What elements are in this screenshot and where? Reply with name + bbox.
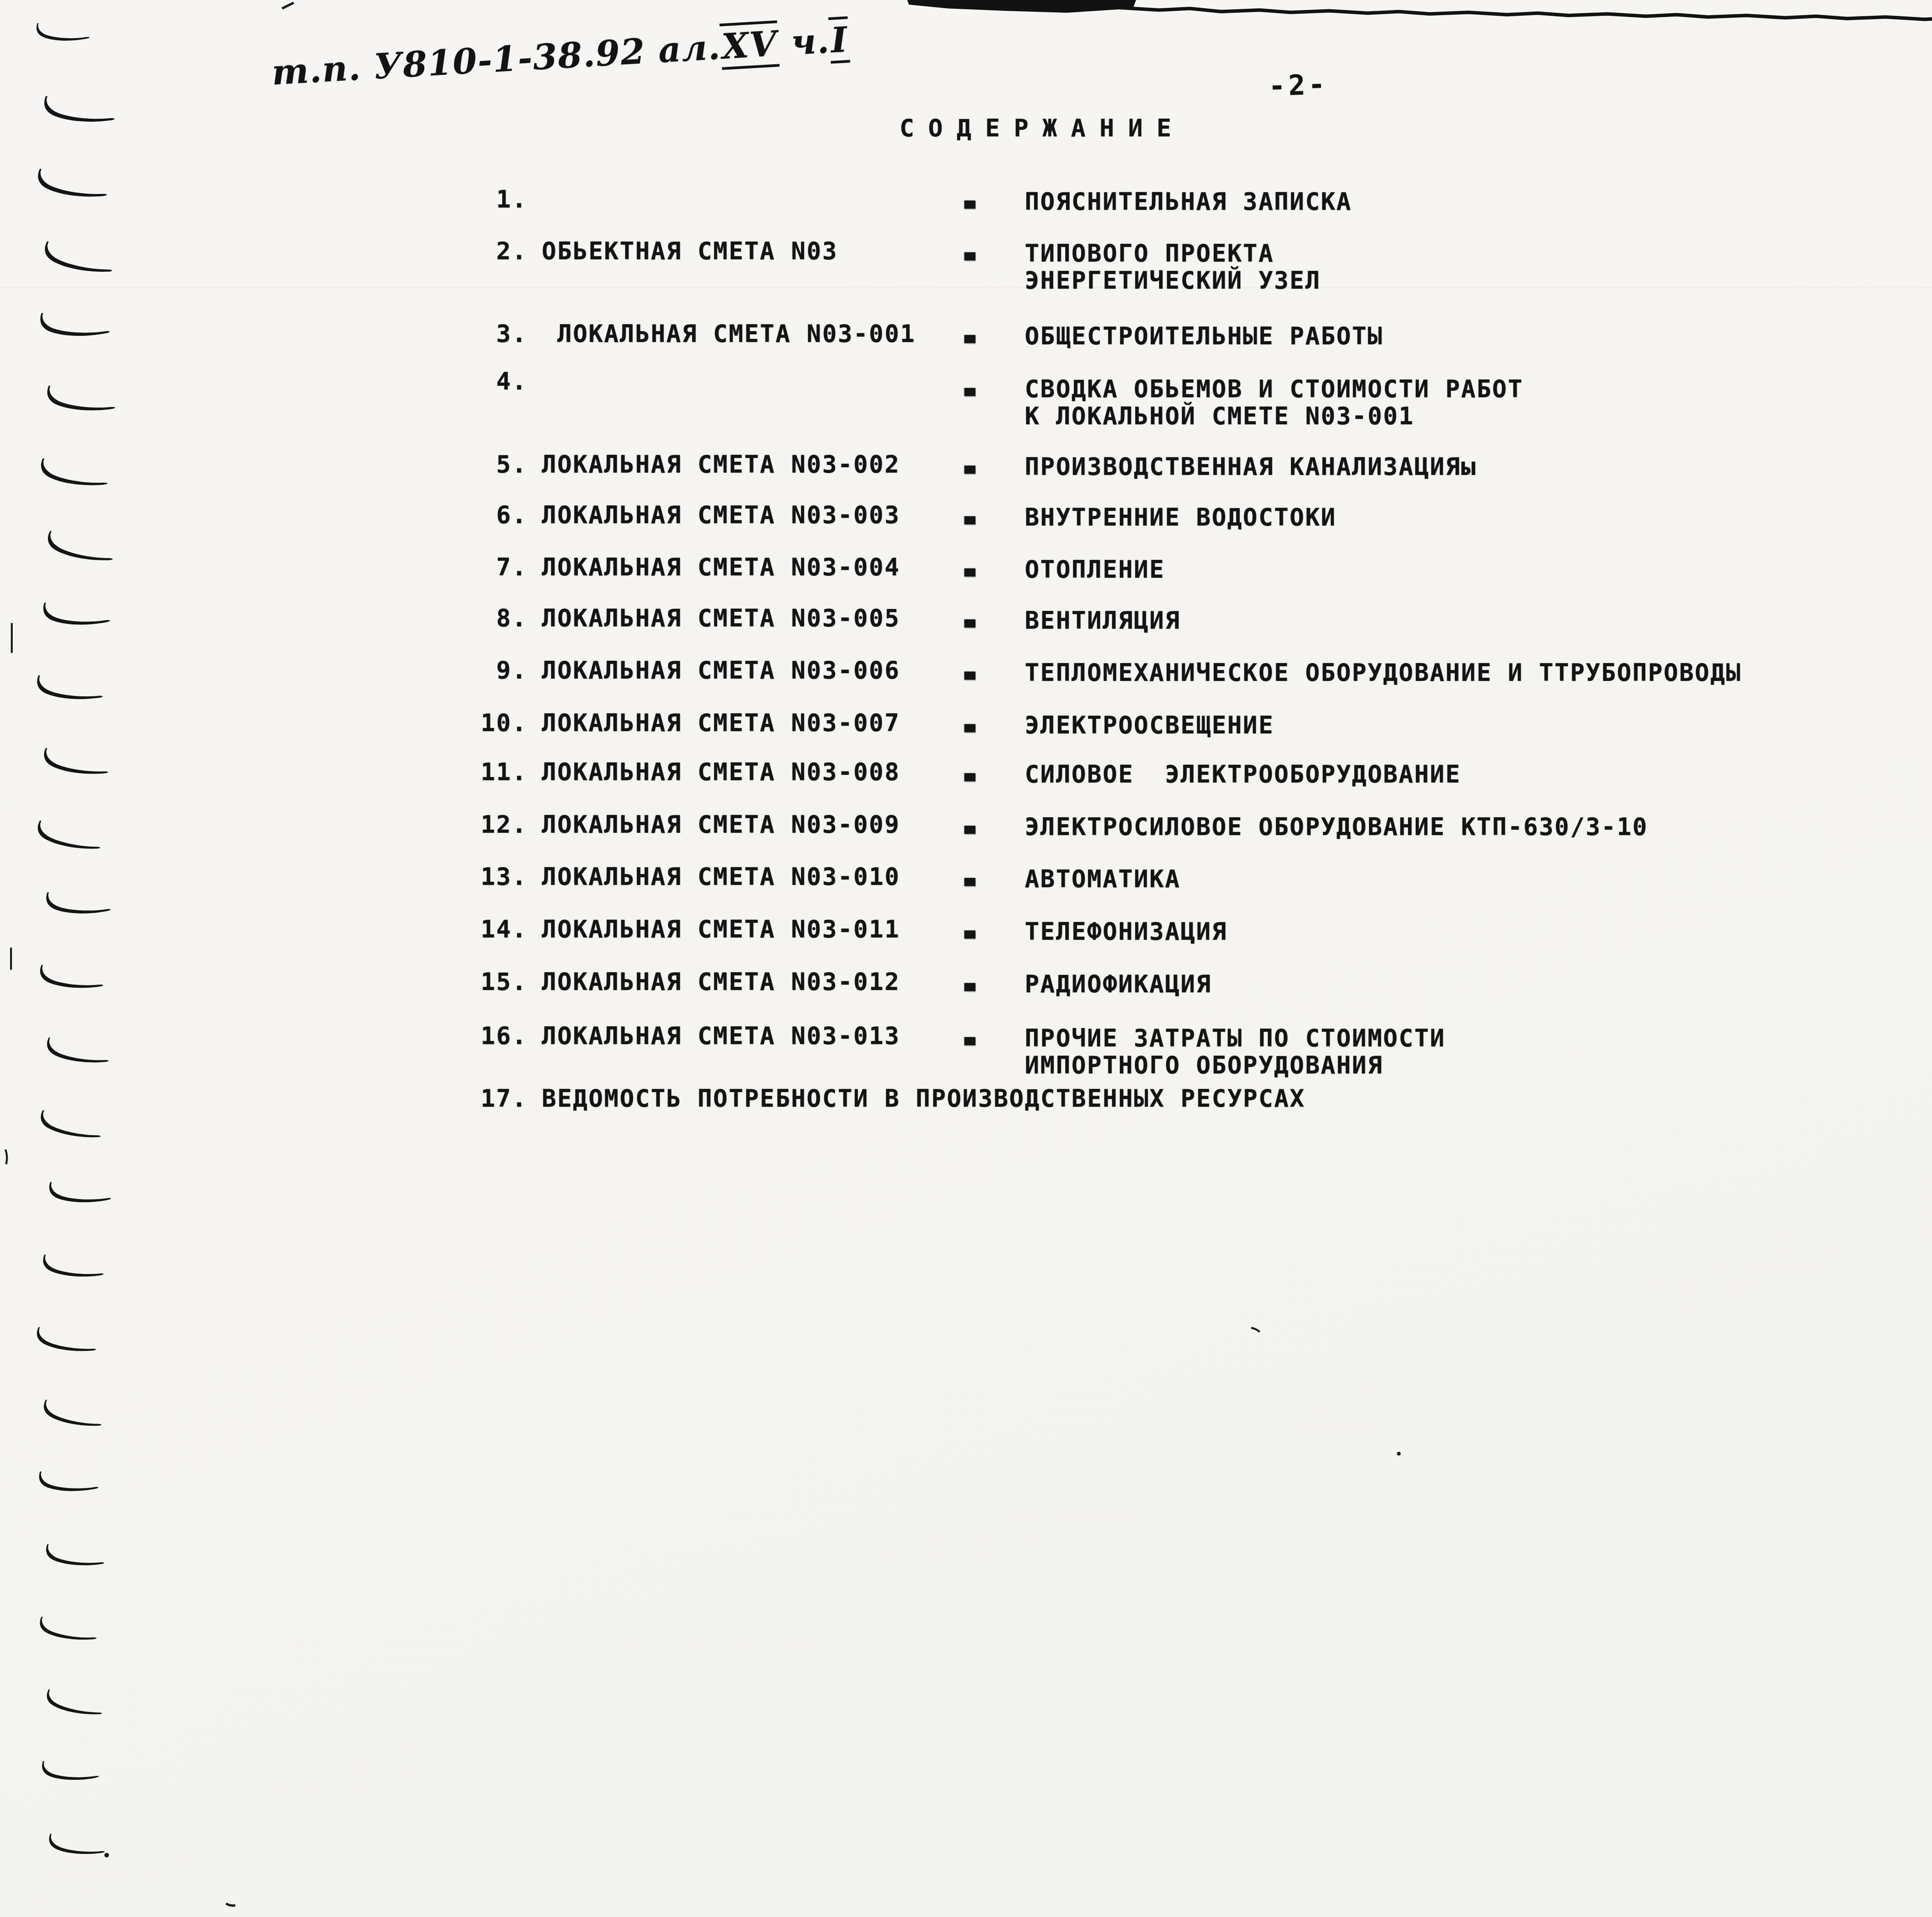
toc-item-right-text: ТЕПЛОМЕХАНИЧЕСКОЕ ОБОРУДОВАНИЕ И ТТРУБОП…: [1025, 661, 1742, 685]
toc-item-number: 5.: [442, 452, 527, 476]
binding-curl: [36, 1327, 97, 1352]
toc-item-left-title: ЛОКАЛЬНАЯ СМЕТА N03-012: [542, 970, 900, 994]
binding-curl: [39, 1617, 97, 1641]
separator-dash: -: [959, 361, 982, 418]
binding-curl: [47, 386, 115, 410]
toc-item-right-text: ВЕНТИЛЯЦИЯ: [1025, 609, 1180, 633]
binding-curl: [46, 1544, 104, 1565]
header-note-text: т.п. У810-1-38.92 ал.: [270, 26, 722, 93]
binding-curl: [49, 1179, 111, 1204]
toc-item-right-text: ВНУТРЕННИЕ ВОДОСТОКИ: [1025, 505, 1337, 529]
binding-curl: [36, 20, 90, 42]
binding-curl: [49, 1834, 105, 1854]
toc-item-number: 3.: [442, 322, 527, 346]
roman-album-number: XV: [719, 20, 780, 70]
binding-curl: [45, 1689, 104, 1716]
toc-item-left-title: ВЕДОМОСТЬ ПОТРЕБНОСТИ В ПРОИЗВОДСТВЕННЫХ…: [542, 1087, 1305, 1111]
toc-item-right-text: АВТОМАТИКА: [1025, 867, 1180, 891]
binding-curl: [37, 675, 102, 699]
toc-item-left-title: ЛОКАЛЬНАЯ СМЕТА N03-008: [542, 760, 900, 784]
toc-item-right-text: ТИПОВОГО ПРОЕКТА: [1025, 242, 1274, 265]
toc-item-left-title: ЛОКАЛЬНАЯ СМЕТА N03-013: [542, 1024, 900, 1048]
toc-item-left-title: ЛОКАЛЬНАЯ СМЕТА N03-001: [542, 322, 916, 346]
binding-curl: [42, 1758, 99, 1781]
toc-item-left-title: ЛОКАЛЬНАЯ СМЕТА N03-007: [542, 711, 900, 735]
toc-item-right-text: РАДИОФИКАЦИЯ: [1025, 972, 1212, 996]
page-title: СОДЕРЖАНИЕ: [900, 116, 1185, 140]
toc-item-right-text: К ЛОКАЛЬНОЙ СМЕТЕ N03-001: [1025, 404, 1414, 428]
toc-item-number: 14.: [442, 917, 527, 941]
toc-item-left-title: ЛОКАЛЬНАЯ СМЕТА N03-011: [542, 917, 900, 941]
header-note: т.п. У810-1-38.92 ал.XV ч.I: [271, 20, 852, 130]
toc-item-right-text: ОБЩЕСТРОИТЕЛЬНЫЕ РАБОТЫ: [1025, 324, 1383, 348]
toc-item-right-text: ИМПОРТНОГО ОБОРУДОВАНИЯ: [1025, 1053, 1383, 1077]
toc-item-left-title: ЛОКАЛЬНАЯ СМЕТА N03-009: [542, 813, 900, 837]
toc-item-right-text: ПРОИЗВОДСТВЕННАЯ КАНАЛИЗАЦИЯы: [1025, 455, 1477, 479]
toc-item-right-text: ОТОПЛЕНИЕ: [1025, 558, 1165, 582]
toc-item-left-title: ЛОКАЛЬНАЯ СМЕТА N03-006: [542, 658, 900, 682]
binding-curl: [37, 169, 108, 198]
toc-item-right-text: ПОЯСНИТЕЛЬНАЯ ЗАПИСКА: [1025, 190, 1352, 214]
binding-curl: [43, 599, 110, 627]
toc-item-right-text: ПРОЧИЕ ЗАТРАТЫ ПО СТОИМОСТИ: [1025, 1026, 1446, 1050]
roman-part-number: I: [828, 16, 850, 64]
binding-curl: [39, 1110, 103, 1139]
page-number: -2-: [1268, 70, 1328, 100]
toc-item-left-title: ЛОКАЛЬНАЯ СМЕТА N03-003: [542, 503, 900, 527]
toc-item-number: 15.: [442, 970, 527, 994]
scanned-page: т.п. У810-1-38.92 ал.XV ч.I -2- СОДЕРЖАН…: [0, 0, 1932, 1917]
separator-dash: -: [959, 1010, 982, 1067]
toc-item-number: 2.: [442, 239, 527, 263]
toc-item-right-text: СИЛОВОЕ ЭЛЕКТРООБОРУДОВАНИЕ: [1025, 762, 1461, 786]
toc-item-right-text: ЭЛЕКТРОСИЛОВОЕ ОБОРУДОВАНИЕ КТП-630/3-10: [1025, 815, 1648, 839]
toc-item-right-text: ЭЛЕКТРООСВЕЩЕНИЕ: [1025, 713, 1274, 737]
binding-curl: [46, 531, 115, 562]
binding-curl: [46, 1038, 110, 1063]
toc-item-number: 8.: [442, 606, 527, 630]
binding-curl: [36, 820, 102, 850]
toc-item-number: 11.: [442, 760, 527, 784]
binding-curl: [42, 1400, 103, 1427]
toc-item-number: 12.: [442, 813, 527, 837]
binding-curl: [44, 96, 115, 122]
binding-curl: [40, 458, 109, 486]
toc-item-number: 7.: [442, 555, 527, 579]
toc-item-number: 17.: [442, 1087, 527, 1111]
toc-item-left-title: ОБЬЕКТНАЯ СМЕТА N03: [542, 239, 838, 263]
toc-item-left-title: ЛОКАЛЬНАЯ СМЕТА N03-010: [542, 865, 900, 889]
toc-item-right-text: СВОДКА ОБЬЕМОВ И СТОИМОСТИ РАБОТ: [1025, 377, 1523, 401]
toc-item-number: 13.: [442, 865, 527, 889]
binding-curl: [40, 310, 110, 338]
scan-shade-band: [0, 287, 1932, 288]
binding-curl: [40, 965, 103, 988]
separator-dash: -: [959, 225, 982, 282]
toc-item-left-title: ЛОКАЛЬНАЯ СМЕТА N03-002: [542, 452, 900, 476]
binding-curl: [39, 1469, 99, 1493]
binding-curl: [43, 241, 114, 273]
toc-item-number: 6.: [442, 503, 527, 527]
toc-item-number: 4.: [442, 369, 527, 393]
binding-curl: [43, 748, 109, 775]
toc-item-number: 10.: [442, 711, 527, 735]
page-top-edge-artifact: [907, 0, 1136, 13]
toc-item-number: 1.: [442, 187, 527, 211]
toc-item-number: 16.: [442, 1024, 527, 1048]
toc-item-number: 9.: [442, 658, 527, 682]
toc-item-right-text: ТЕЛЕФОНИЗАЦИЯ: [1025, 920, 1227, 944]
header-note-part-label: ч.: [777, 20, 831, 64]
toc-item-left-title: ЛОКАЛЬНАЯ СМЕТА N03-004: [542, 555, 900, 579]
toc-item-right-text: ЭНЕРГЕТИЧЕСКИЙ УЗЕЛ: [1025, 269, 1321, 293]
binding-curl: [46, 889, 111, 915]
toc-item-left-title: ЛОКАЛЬНАЯ СМЕТА N03-005: [542, 606, 900, 630]
binding-curl: [43, 1255, 104, 1277]
binding-curls: [36, 20, 115, 1854]
page-top-edge-jagged-line: [1121, 8, 1932, 27]
